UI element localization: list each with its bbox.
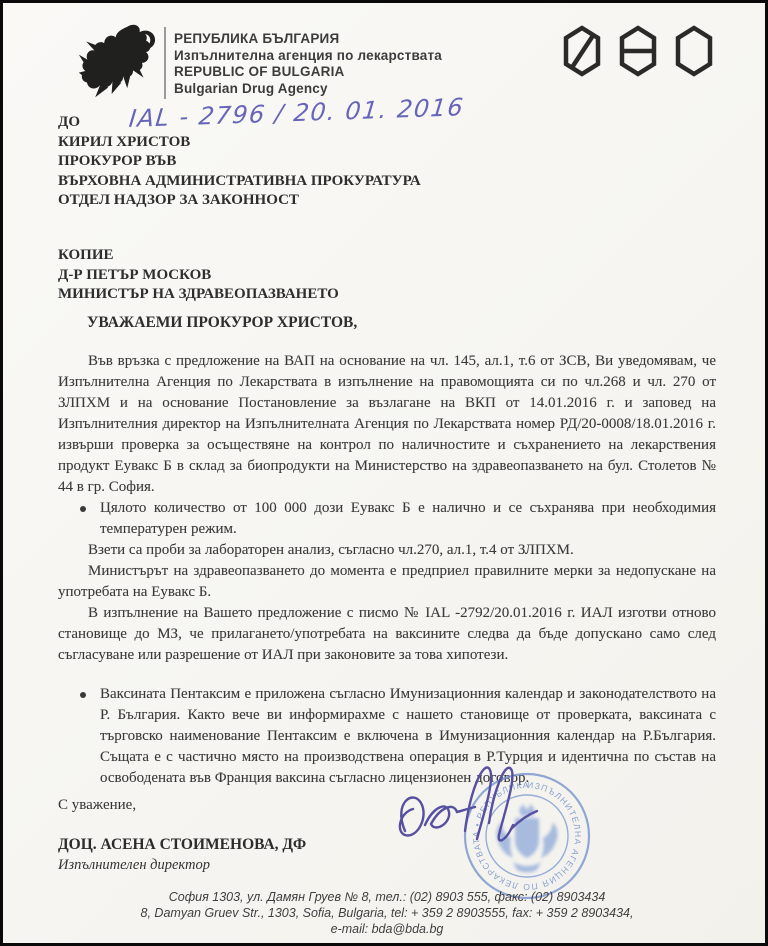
letter-body: Във връзка с предложение на ВАП на основ… [58,351,716,789]
bullet-item-1-text: Цялото количество от 100 000 дози Еувакс… [100,498,716,540]
footer-line-en: 8, Damyan Gruev Str., 1303, Sofia, Bulga… [3,905,768,921]
recipient-line: КИРИЛ ХРИСТОВ [58,133,421,153]
body-paragraph-4: В изпълнение на Вашето предложение с пис… [58,603,716,666]
letterhead: РЕПУБЛИКА БЪЛГАРИЯ Изпълнителна агенция … [78,19,442,105]
signer-name: ДОЦ. АСЕНА СТОИМЕНОВА, ДФ [58,836,306,854]
bullet-item-2: Ваксината Пентаксим е приложена съгласно… [58,684,716,789]
copy-recipient-block: КОПИЕ Д-Р ПЕТЪР МОСКОВ МИНИСТЪР НА ЗДРАВ… [58,246,339,305]
copy-label: КОПИЕ [58,246,339,266]
body-paragraph-3: Министърът на здравеопазването до момент… [58,561,716,603]
recipient-line: ПРОКУРОР ВЪВ [58,152,421,172]
lion-coat-of-arms-icon [78,19,160,105]
org-name-en-line1: REPUBLIC OF BULGARIA [174,64,442,81]
header-divider [164,27,166,99]
body-paragraph-1: Във връзка с предложение на ВАП на основ… [58,351,716,498]
recipient-line: ВЪРХОВНА АДМИНИСТРАТИВНА ПРОКУРАТУРА [58,172,421,192]
org-name-bg-line2: Изпълнителна агенция по лекарствата [174,48,442,65]
bullet-dot-icon [80,506,86,512]
salutation: УВАЖАЕМИ ПРОКУРОР ХРИСТОВ, [87,314,357,332]
recipient-line: ОТДЕЛ НАДЗОР ЗА ЗАКОННОСТ [58,191,421,211]
closing-regards: С уважение, [58,797,306,814]
copy-line: МИНИСТЪР НА ЗДРАВЕОПАЗВАНЕТО [58,285,339,305]
org-name-bg-line1: РЕПУБЛИКА БЪЛГАРИЯ [174,31,442,48]
scanned-letter-page: РЕПУБЛИКА БЪЛГАРИЯ Изпълнителна агенция … [0,0,768,946]
handwritten-signature [391,751,556,866]
recipient-block: ДО КИРИЛ ХРИСТОВ ПРОКУРОР ВЪВ ВЪРХОВНА А… [58,113,421,211]
bullet-item-1: Цялото количество от 100 000 дози Еувакс… [58,498,716,540]
footer-line-bg: София 1303, ул. Дамян Груев № 8, тел.: (… [3,889,768,905]
signer-title: Изпълнителен директор [58,857,306,874]
ial-monogram-icon: ИАЛ [563,25,713,82]
copy-line: Д-Р ПЕТЪР МОСКОВ [58,266,339,286]
body-paragraph-2: Взети са проби за лабораторен анализ, съ… [58,540,716,561]
recipient-to-label: ДО [58,113,421,133]
bullet-dot-icon [80,692,86,698]
agency-name-block: РЕПУБЛИКА БЪЛГАРИЯ Изпълнителна агенция … [174,19,442,97]
footer-line-email: e-mail: bda@bda.bg [3,921,768,937]
closing-block: С уважение, ДОЦ. АСЕНА СТОИМЕНОВА, ДФ Из… [58,797,306,874]
footer-contact-block: София 1303, ул. Дамян Груев № 8, тел.: (… [3,889,768,937]
